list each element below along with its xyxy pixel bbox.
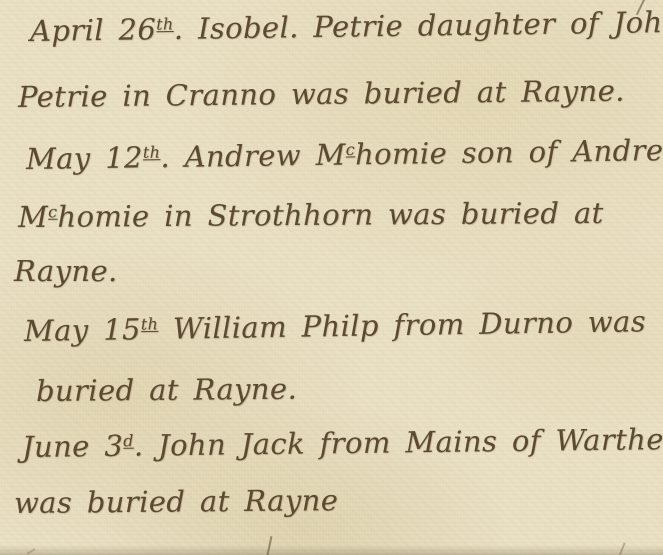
manuscript-line: May 15th William Philp from Durno was bbox=[24, 304, 647, 348]
text-segment: . John Jack from Mains of Warthe bbox=[134, 422, 663, 462]
text-segment: buried at Rayne. bbox=[36, 372, 297, 408]
manuscript-line: April 26th. Isobel. Petrie daughter of J… bbox=[30, 5, 663, 48]
manuscript-line: May 12th. Andrew Mchomie son of Andrew bbox=[26, 133, 663, 176]
manuscript-line: Petrie in Cranno was buried at Rayne. bbox=[18, 74, 625, 114]
text-segment: . Isobel. Petrie daughter of John bbox=[173, 5, 663, 46]
text-segment: homie in Strothhorn was buried at bbox=[57, 196, 603, 234]
text-segment: William Philp from Durno was bbox=[158, 304, 646, 346]
ordinal-suffix: c bbox=[346, 140, 356, 159]
ordinal-suffix: th bbox=[156, 14, 174, 33]
ordinal-suffix: d bbox=[123, 431, 134, 450]
text-segment: . Andrew M bbox=[160, 138, 346, 175]
manuscript-page: April 26th. Isobel. Petrie daughter of J… bbox=[0, 0, 663, 555]
manuscript-line: buried at Rayne. bbox=[36, 372, 297, 408]
manuscript-lines: April 26th. Isobel. Petrie daughter of J… bbox=[0, 0, 663, 555]
text-segment: April 26 bbox=[30, 12, 157, 48]
text-segment: was buried at Rayne bbox=[14, 483, 339, 520]
text-segment: May 15 bbox=[24, 312, 141, 348]
text-segment: Petrie in Cranno was buried at Rayne. bbox=[18, 74, 625, 114]
text-segment: M bbox=[18, 200, 48, 234]
text-segment: June 3 bbox=[22, 429, 124, 464]
manuscript-line: was buried at Rayne bbox=[14, 483, 339, 520]
text-segment: May 12 bbox=[26, 140, 143, 176]
manuscript-line: Mchomie in Strothhorn was buried at bbox=[18, 196, 604, 234]
ordinal-suffix: th bbox=[143, 143, 161, 162]
text-segment: homie son of Andrew bbox=[355, 133, 663, 172]
text-segment: Rayne. bbox=[14, 254, 118, 288]
manuscript-line: June 3d. John Jack from Mains of Warthe bbox=[22, 422, 663, 464]
ordinal-suffix: th bbox=[141, 314, 159, 333]
manuscript-line: Rayne. bbox=[14, 254, 118, 288]
